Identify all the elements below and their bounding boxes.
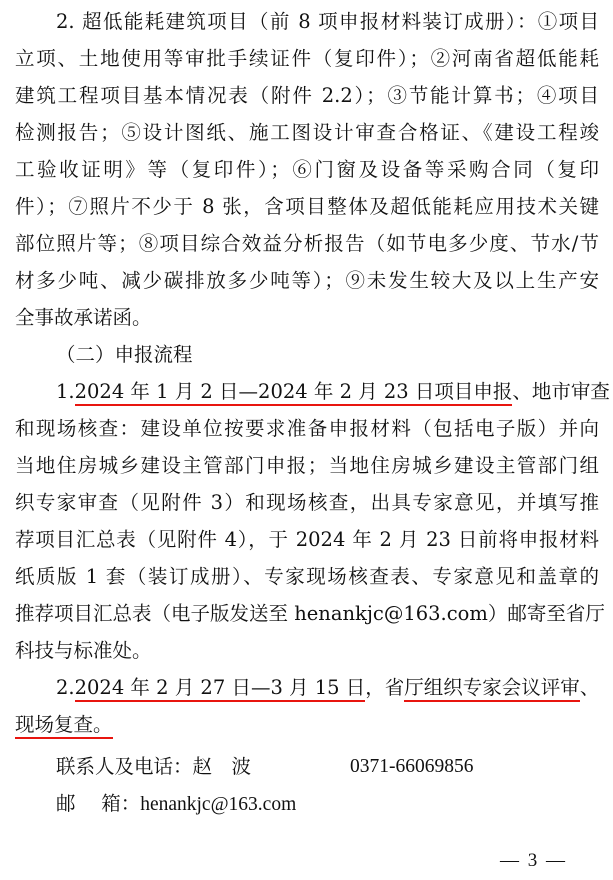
step1-first-line: 1.2024 年 1 月 2 日—2024 年 2 月 23 日项目申报、地市审… <box>56 377 599 407</box>
contact-phone: 0371-66069856 <box>350 752 474 782</box>
contact-label: 联系人及电话： <box>56 755 193 778</box>
step2-review-highlight: 现场复查。 <box>15 713 113 739</box>
paragraph-line: 科技与标准处。 <box>15 636 599 666</box>
step2-second-line: 现场复查。 <box>15 710 599 740</box>
paragraph-line: 和现场核查：建设单位按要求准备申报材料（包括电子版）并向 <box>15 414 599 444</box>
document-page: 2. 超低能耗建筑项目（前 8 项申报材料装订成册）：①项目 立项、土地使用等审… <box>0 0 613 880</box>
paragraph-line: 纸质版 1 套（装订成册）、专家现场核查表、专家意见和盖章的 <box>15 562 599 592</box>
step2-comma: ， <box>365 676 385 699</box>
step2-first-line: 2.2024 年 2 月 27 日—3 月 15 日，省厅组织专家会议评审、 <box>56 673 599 703</box>
section-heading: （二）申报流程 <box>56 340 599 370</box>
paragraph-line: 全事故承诺函。 <box>15 303 599 333</box>
paragraph-line: 立项、土地使用等审批手续证件（复印件）；②河南省超低能耗 <box>15 44 599 74</box>
step2-date-highlight: 2024 年 2 月 27 日—3 月 15 日 <box>75 676 366 702</box>
paragraph-line: 材多少吨、减少碳排放多少吨等）；⑨未发生较大及以上生产安 <box>15 266 599 296</box>
paragraph-line: 推荐项目汇总表（电子版发送至 henankjc@163.com）邮寄至省厅 <box>15 599 599 629</box>
email-address: henankjc@163.com <box>140 794 296 815</box>
paragraph-line: 检测报告；⑤设计图纸、施工图设计审查合格证、《建设工程竣 <box>15 118 599 148</box>
page-number: — 3 — <box>500 850 567 872</box>
paragraph-line: 2. 超低能耗建筑项目（前 8 项申报材料装订成册）：①项目 <box>56 7 599 37</box>
paragraph-line: 件）；⑦照片不少于 8 张，含项目整体及超低能耗应用技术关键 <box>15 192 599 222</box>
paragraph-line: 当地住房城乡建设主管部门申报；当地住房城乡建设主管部门组 <box>15 451 599 481</box>
step2-prefix: 2. <box>56 676 75 699</box>
step2-action-highlight: 厅组织专家会议评审 <box>404 676 580 702</box>
contact-line: 联系人及电话：赵 波0371-66069856 <box>56 752 599 782</box>
step2-tail: 、 <box>580 676 600 699</box>
paragraph-line: 工验收证明》等（复印件）；⑥门窗及设备等采购合同（复印 <box>15 155 599 185</box>
email-line: 邮 箱：henankjc@163.com <box>56 789 599 819</box>
paragraph-line: 建筑工程项目基本情况表（附件 2.2）；③节能计算书；④项目 <box>15 81 599 111</box>
paragraph-line: 荐项目汇总表（见附件 4），于 2024 年 2 月 23 日前将申报材料 <box>15 525 599 555</box>
contact-name: 赵 波 <box>193 755 252 778</box>
step1-date-range-highlight: 2024 年 1 月 2 日—2024 年 2 月 23 日项目申报 <box>75 380 513 406</box>
step2-text: 省 <box>385 676 405 699</box>
step1-rest: 、地市审查 <box>512 380 610 403</box>
email-label: 邮 箱： <box>56 792 140 815</box>
step1-prefix: 1. <box>56 380 75 403</box>
paragraph-line: 织专家审查（见附件 3）和现场核查，出具专家意见，并填写推 <box>15 488 599 518</box>
paragraph-line: 部位照片等；⑧项目综合效益分析报告（如节电多少度、节水/节 <box>15 229 599 259</box>
